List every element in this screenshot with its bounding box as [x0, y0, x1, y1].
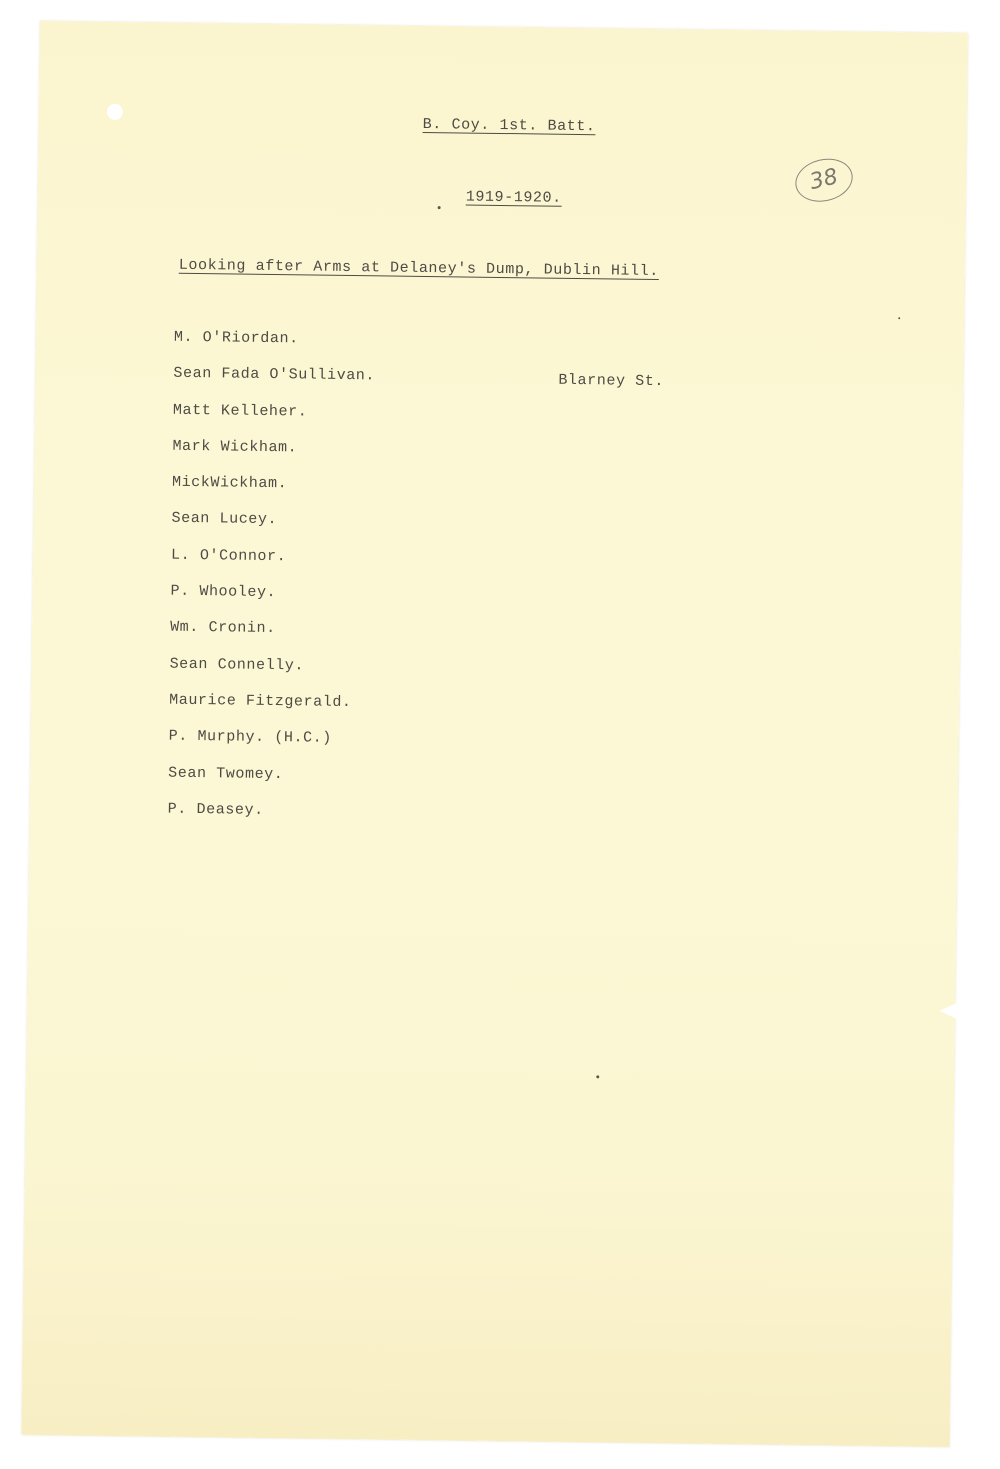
list-item-name: Maurice Fitzgerald. [169, 691, 371, 730]
list-item-name: Sean Connelly. [169, 654, 371, 693]
document-heading: B. Coy. 1st. Batt. [423, 116, 596, 135]
list-item-name: Sean Lucey. [171, 509, 373, 548]
list-item-name: M. O'Riordan. [174, 328, 376, 367]
list-item-name: MickWickham. [172, 473, 374, 512]
list-item-name: P. Murphy. (H.C.) [168, 727, 370, 766]
list-item-name: Sean Twomey. [168, 763, 370, 802]
list-item-name: L. O'Connor. [171, 545, 373, 584]
paper-tear [939, 1003, 957, 1019]
document-page: B. Coy. 1st. Batt. 38 1919-1920. Looking… [22, 21, 968, 1447]
list-item-name: Mark Wickham. [172, 437, 374, 476]
names-list: M. O'Riordan. Sean Fada O'Sullivan. Matt… [167, 328, 375, 839]
paper-speck [596, 1075, 599, 1078]
document-subheading: Looking after Arms at Delaney's Dump, Du… [179, 257, 659, 280]
list-item-name: Wm. Cronin. [170, 618, 372, 657]
punch-hole [107, 104, 123, 120]
address-entry: Blarney St. [558, 372, 664, 390]
list-item-name: Matt Kelleher. [173, 400, 375, 439]
list-item-name: P. Deasey. [167, 800, 369, 839]
list-item-name: Sean Fada O'Sullivan. [173, 364, 375, 403]
list-item-name: P. Whooley. [170, 582, 372, 621]
document-years: 1919-1920. [466, 189, 562, 207]
paper-speck [898, 317, 900, 319]
folio-number-annotation: 38 [791, 153, 857, 207]
paper-speck [438, 206, 441, 209]
